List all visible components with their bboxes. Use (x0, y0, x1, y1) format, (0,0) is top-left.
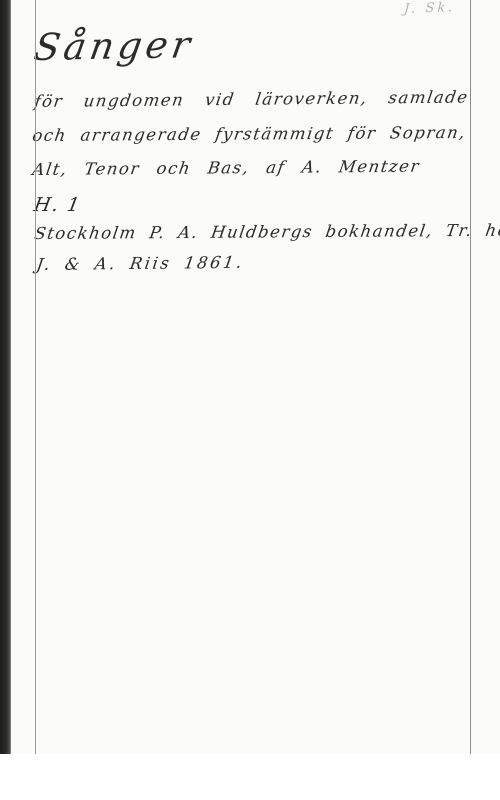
pencil-shelfmark: J. Sk. (403, 0, 455, 17)
left-margin-rule (35, 0, 36, 754)
right-margin-rule (470, 0, 471, 754)
handwritten-line: Alt, Tenor och Bas, af A. Mentzer (31, 157, 421, 179)
handwritten-line: och arrangerade fyrstämmigt för Sopran, (31, 123, 467, 145)
volume-number: H. 1 (32, 194, 83, 216)
imprint-line: Stockholm P. A. Huldbergs bokhandel, Tr.… (33, 221, 500, 243)
printer-year-line: J. & A. Riis 1861. (35, 253, 245, 274)
scan-background (0, 754, 500, 800)
scan-edge-strip (0, 0, 11, 754)
handwritten-line: för ungdomen vid läroverken, samlade (33, 87, 470, 111)
scanned-page: J. Sk. Sånger för ungdomen vid läroverke… (0, 0, 500, 754)
page-title: Sånger (31, 23, 197, 69)
